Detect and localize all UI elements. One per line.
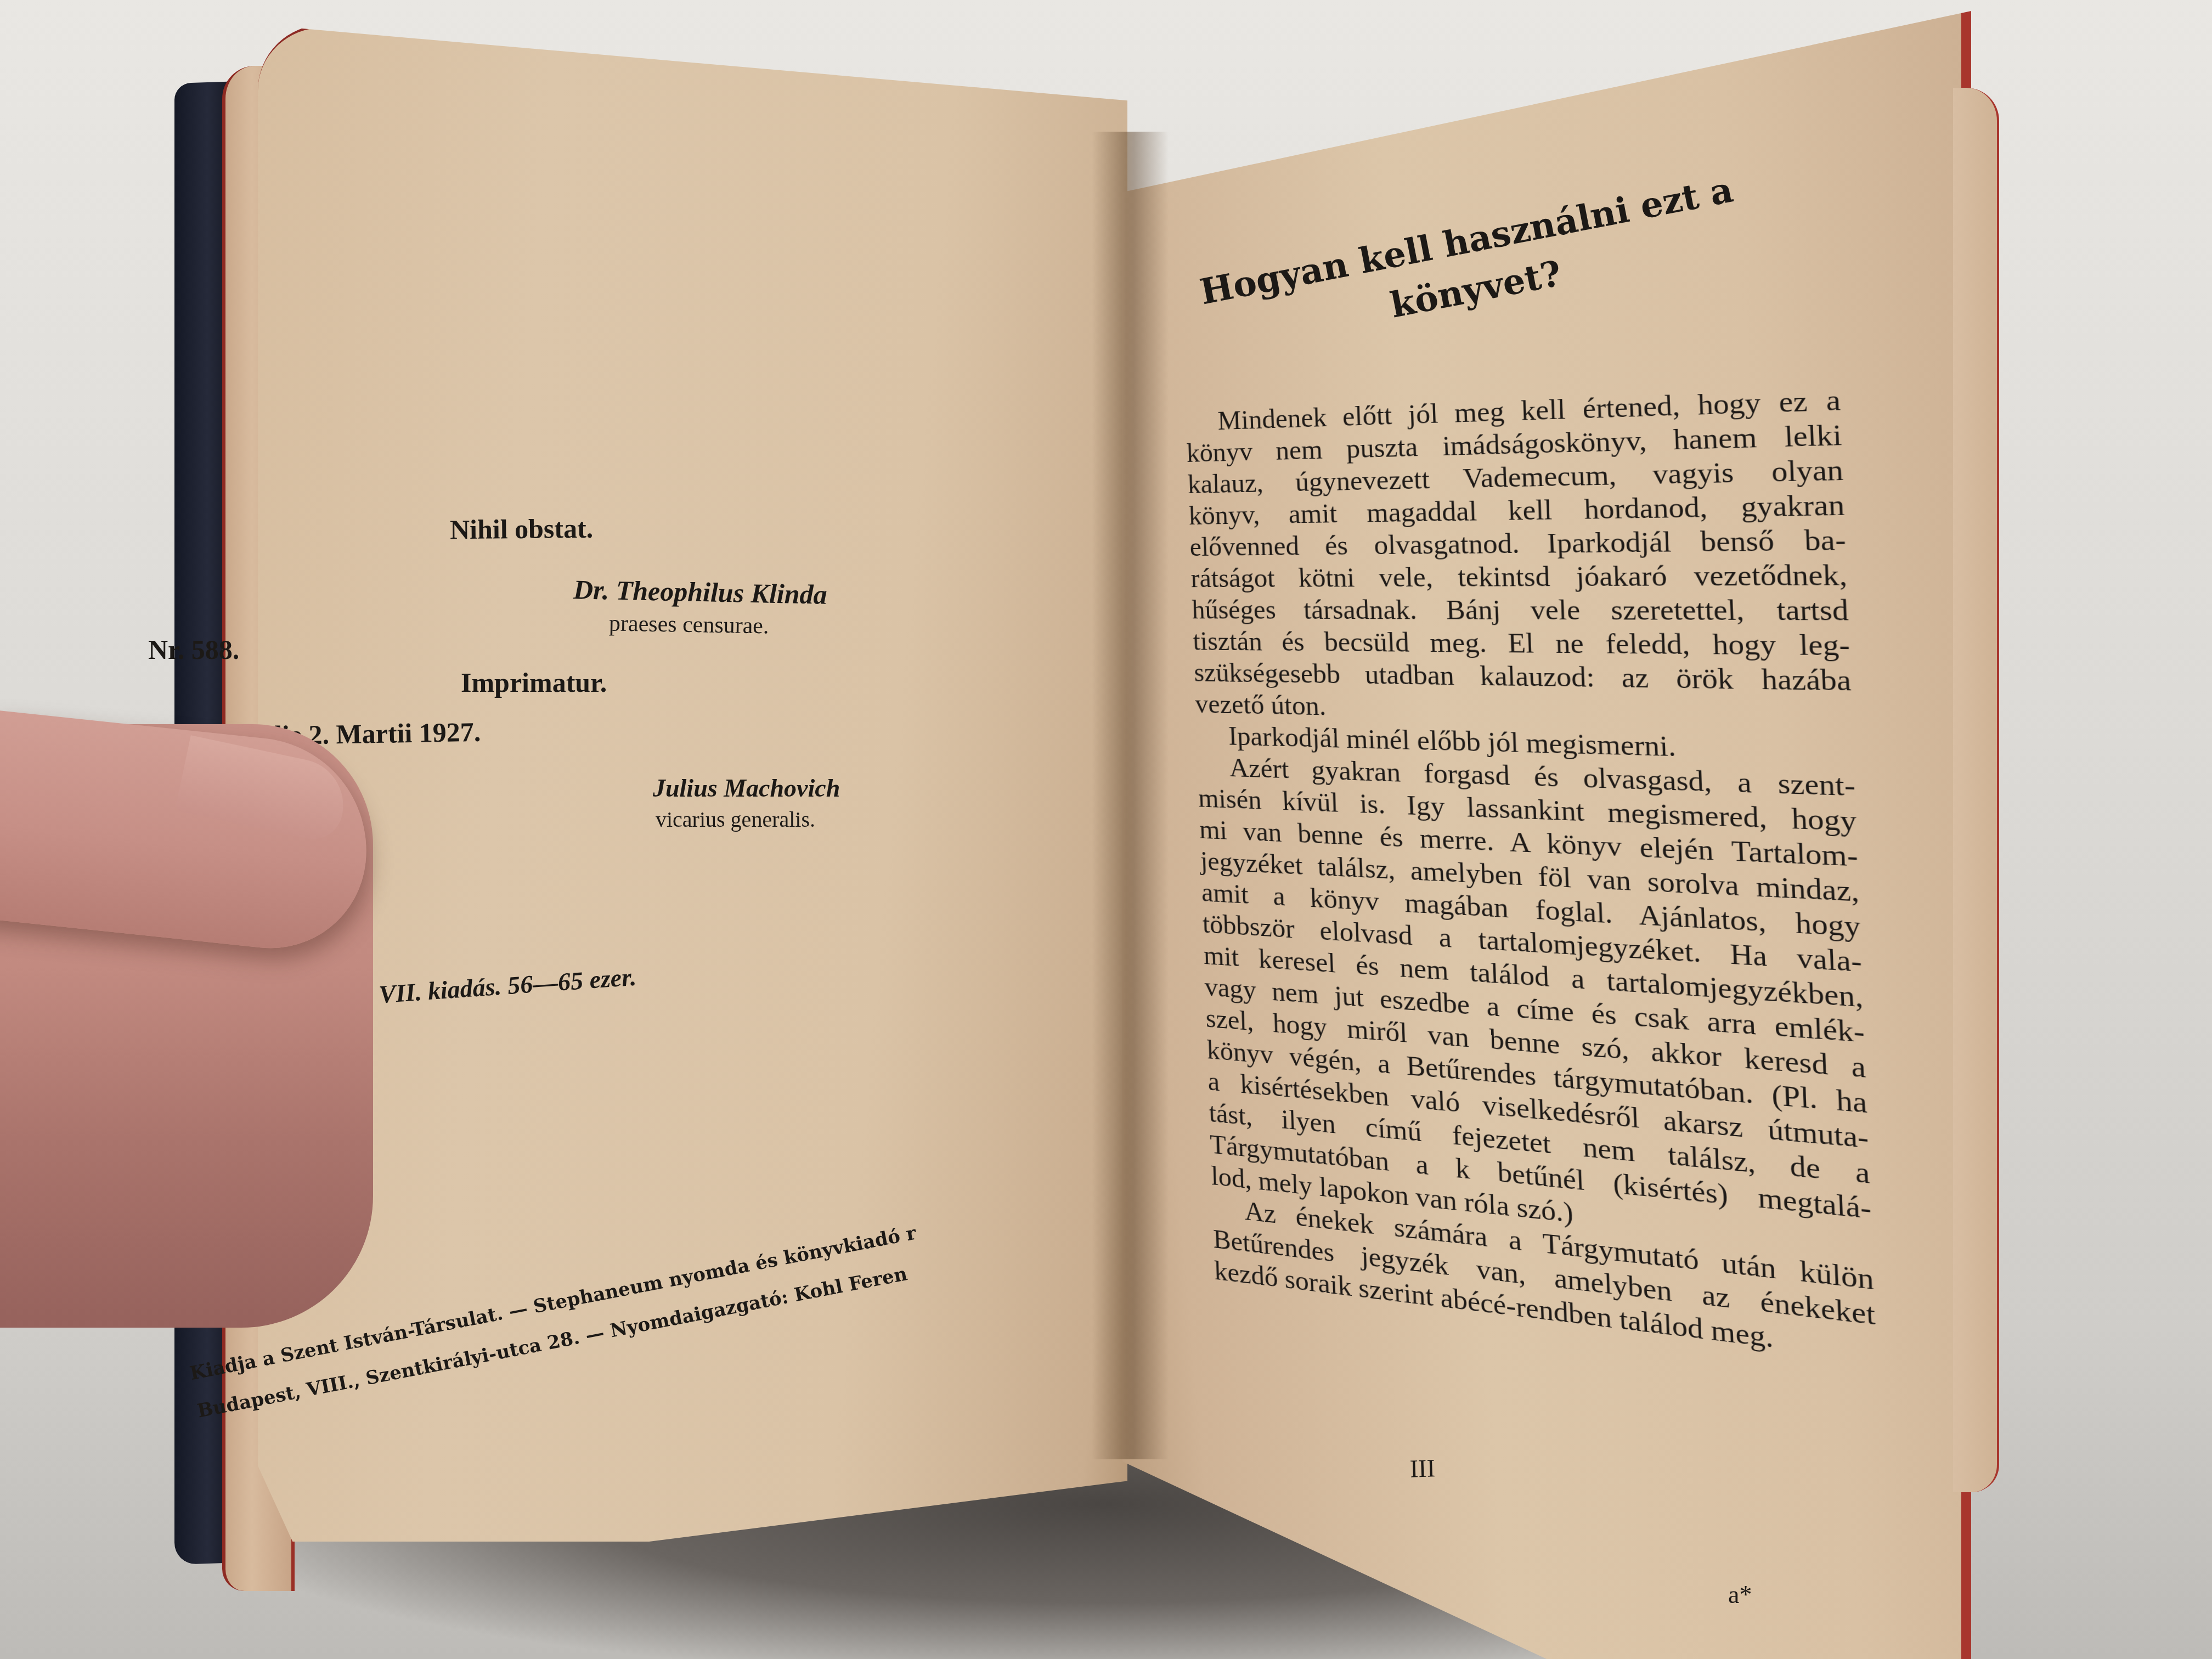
- nihil-obstat: Nihil obstat.: [450, 512, 594, 546]
- paragraph-3: Azért gyakran forgasd és olvasgasd, a sz…: [1197, 751, 1873, 1261]
- right-page-stack: [1953, 88, 1999, 1492]
- vicar-title: vicarius generalis.: [656, 806, 815, 832]
- imprimatur: Imprimatur.: [461, 667, 607, 698]
- text-line: rátságot kötni vele, tekintsd jóakaró ve…: [1190, 557, 1848, 594]
- signature-mark: a*: [1728, 1580, 1752, 1609]
- censor-name: Dr. Theophilus Klinda: [573, 573, 827, 611]
- page-number: III: [1409, 1453, 1436, 1483]
- photo-scene: Nihil obstat. Dr. Theophilus Klinda prae…: [0, 0, 2212, 1659]
- approval-number: Nr. 588.: [148, 634, 239, 665]
- text-line: hűséges társadnak. Bánj vele szeretettel…: [1192, 592, 1849, 628]
- book-gutter: [1092, 132, 1169, 1459]
- paragraph-1: Mindenek előtt jól meg kell értened, hog…: [1185, 382, 1853, 733]
- censor-title: praeses censurae.: [609, 610, 769, 639]
- vicar-name: Julius Machovich: [653, 774, 840, 803]
- body-text: Mindenek előtt jól meg kell értened, hog…: [1185, 382, 1877, 1367]
